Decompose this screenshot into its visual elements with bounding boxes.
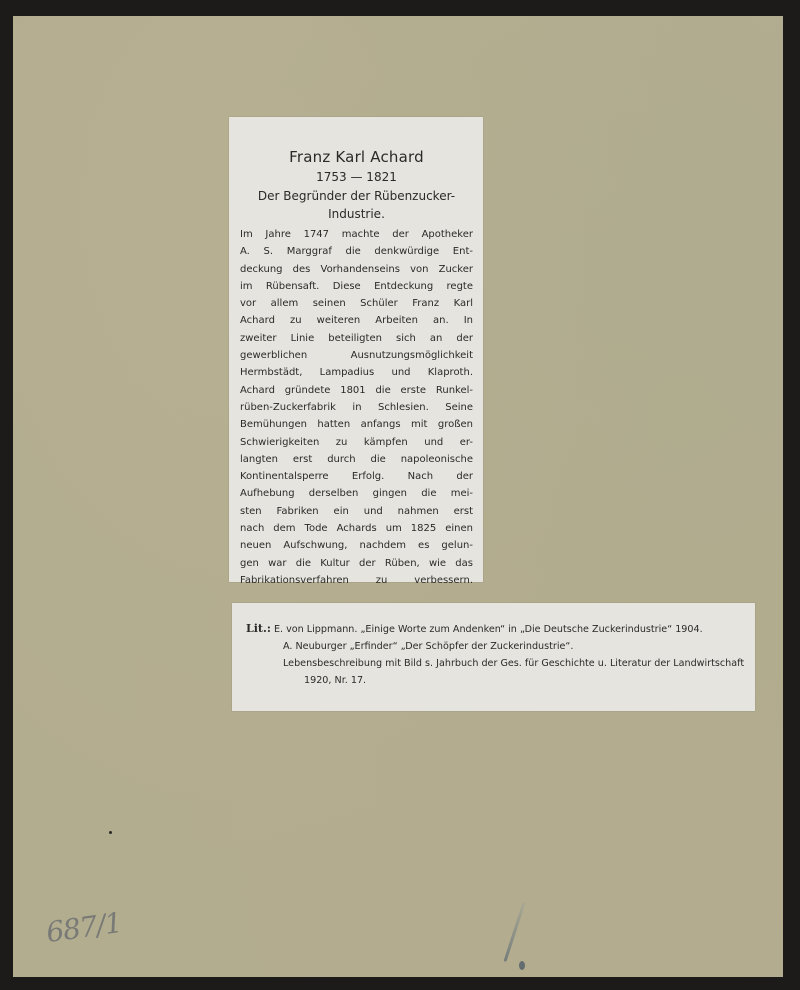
text-line: A. S. Marggraf die denkwürdige Ent- xyxy=(240,243,473,260)
biography-text: Im Jahre 1747 machte der Apotheker A. S.… xyxy=(240,226,473,589)
literature-clipping: Lit.: E. von Lippmann. „Einige Worte zum… xyxy=(232,603,755,711)
literature-entry: 1920, Nr. 17. xyxy=(246,672,751,689)
clipping-subtitle: Der Begründer der Rübenzucker- Industrie… xyxy=(240,187,473,223)
literature-list: Lit.: E. von Lippmann. „Einige Worte zum… xyxy=(246,620,751,689)
text-line: vor allem seinen Schüler Franz Karl xyxy=(240,295,473,312)
clipping-title: Franz Karl Achard xyxy=(240,148,473,166)
text-line: langten erst durch die napoleonische xyxy=(240,451,473,468)
text-line: Hermbstädt, Lampadius und Klaproth. xyxy=(240,364,473,381)
text-line: gen war die Kultur der Rüben, wie das xyxy=(240,555,473,572)
text-line: nach dem Tode Achards um 1825 einen xyxy=(240,520,473,537)
text-line: Im Jahre 1747 machte der Apotheker xyxy=(240,226,473,243)
text-line: neuen Aufschwung, nachdem es gelun- xyxy=(240,537,473,554)
pencil-stroke xyxy=(503,902,525,962)
text-line: Achard gründete 1801 die erste Runkel- xyxy=(240,382,473,399)
biography-clipping: Franz Karl Achard 1753 — 1821 Der Begrün… xyxy=(229,117,483,582)
text-line: sten Fabriken ein und nahmen erst xyxy=(240,503,473,520)
text-line: zweiter Linie beteiligten sich an der xyxy=(240,330,473,347)
ink-spot xyxy=(519,961,525,970)
text-line: gewerblichen Ausnutzungsmöglichkeit xyxy=(240,347,473,364)
life-years: 1753 — 1821 xyxy=(240,169,473,185)
text-line: Bemühungen hatten anfangs mit großen xyxy=(240,416,473,433)
literature-entry: Lebensbeschreibung mit Bild s. Jahrbuch … xyxy=(246,655,751,672)
text-line: Achard zu weiteren Arbeiten an. In xyxy=(240,312,473,329)
handwritten-shelfmark: 687/1 xyxy=(44,906,124,949)
text-line: Schwierigkeiten zu kämpfen und er- xyxy=(240,434,473,451)
mounting-board: Franz Karl Achard 1753 — 1821 Der Begrün… xyxy=(13,16,783,977)
text-line: deckung des Vorhandenseins von Zucker xyxy=(240,261,473,278)
text-line: Kontinentalsperre Erfolg. Nach der xyxy=(240,468,473,485)
text-line: im Rübensaft. Diese Entdeckung regte xyxy=(240,278,473,295)
dirt-speck xyxy=(109,831,112,834)
text-line: Aufhebung derselben gingen die mei- xyxy=(240,485,473,502)
subtitle-line: Der Begründer der Rübenzucker- xyxy=(240,187,473,205)
text-line: Fabrikationsverfahren zu verbessern. xyxy=(240,572,473,589)
literature-label: Lit.: xyxy=(246,622,271,635)
literature-entry: Lit.: E. von Lippmann. „Einige Worte zum… xyxy=(246,620,751,638)
text-line: rüben-Zuckerfabrik in Schlesien. Seine xyxy=(240,399,473,416)
subtitle-line: Industrie. xyxy=(240,205,473,223)
literature-entry: A. Neuburger „Erfinder“ „Der Schöpfer de… xyxy=(246,638,751,655)
